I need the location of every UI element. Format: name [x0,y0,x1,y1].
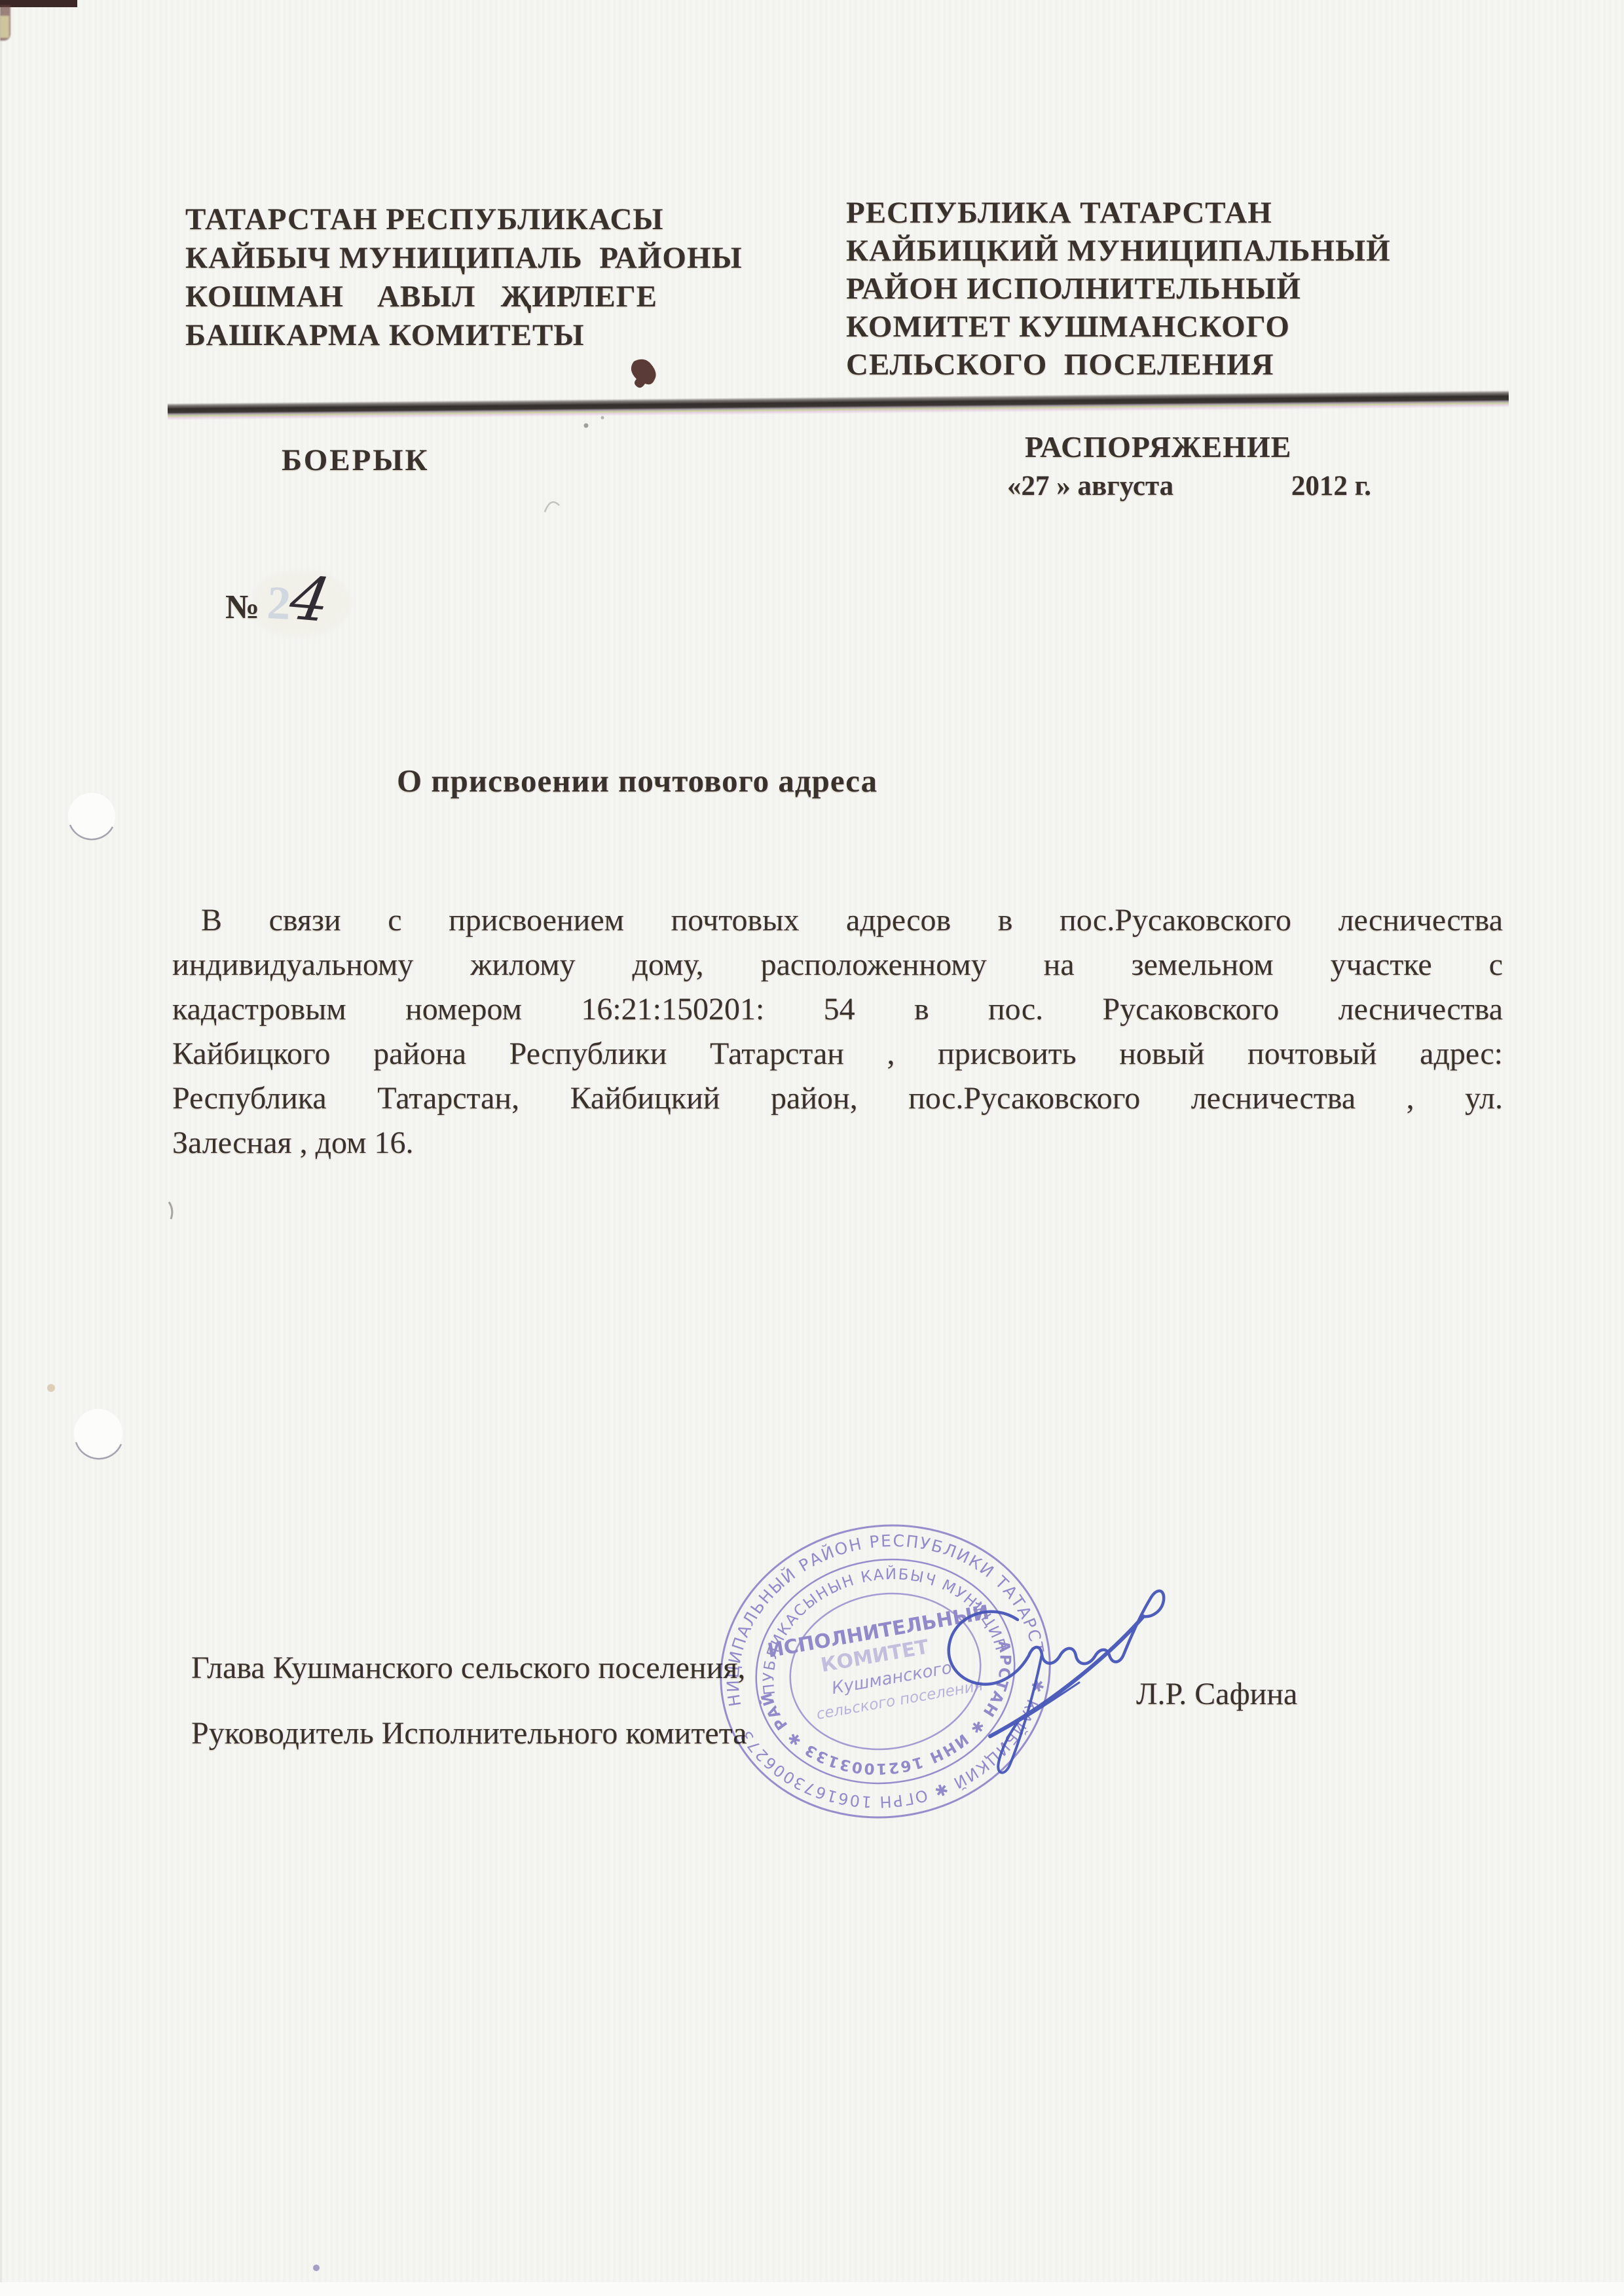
letterhead-russian-line: СЕЛЬСКОГО ПОСЕЛЕНИЯ [846,346,1391,384]
signatory-title-line: Руководитель Исполнительного комитета [191,1701,747,1766]
hole-punch [68,793,115,840]
letterhead-russian: РЕСПУБЛИКА ТАТАРСТАН КАЙБИЦКИЙ МУНИЦИПАЛ… [846,194,1391,384]
body-line: В связи с присвоением почтовых адресов в… [172,898,1503,943]
signatory-titles: Глава Кушманского сельского поселения, Р… [191,1635,747,1766]
letterhead-tatar-line: ТАТАРСТАН РЕСПУБЛИКАСЫ [185,200,743,239]
scan-bottom-edge [0,2282,1624,2296]
letterhead-tatar: ТАТАРСТАН РЕСПУБЛИКАСЫ КАЙБЫЧ МУНИЦИПАЛЬ… [185,200,743,355]
stamp-center-line: КОМИТЕТ [819,1635,931,1677]
letterhead-tatar-line: БАШКАРМА КОМИТЕТЫ [185,316,743,355]
body-line: Республика Татарстан, Кайбицкий район, п… [172,1076,1503,1121]
signatory-title-line: Глава Кушманского сельского поселения, [191,1635,747,1701]
stamp-center-line: ИСПОЛНИТЕЛЬНЫЙ [766,1600,991,1662]
official-stamp: МУНИЦИПАЛЬНЫЙ РАЙОН РЕСПУБЛИКИ ТАТАРСТАН… [697,1500,1073,1844]
pencil-tick [545,502,559,512]
body-line: кадастровым номером 16:21:150201: 54 в п… [172,987,1503,1032]
date-day-month: «27 » августа [1007,470,1173,502]
stamp-center-line: Кушманского [830,1658,953,1699]
date-year: 2012 г. [1291,470,1371,502]
hole-punch [74,1409,122,1459]
stamp-center-line: сельского поселения [815,1677,984,1723]
doc-type-russian: РАСПОРЯЖЕНИЕ [1025,429,1291,464]
body-line: Кайбицкого района Республики Татарстан ,… [172,1032,1503,1076]
body-line: Залесная , дом 16. [172,1121,1503,1165]
stamp-outer-ring-bottom-text: ✱ КАЙБИЦКИЙ ✱ ОГРН 1061673006273 [735,1674,1065,1835]
letterhead-russian-line: КАЙБИЦКИЙ МУНИЦИПАЛЬНЫЙ [846,232,1391,270]
speck [313,2265,320,2271]
pencil-tick [169,1202,172,1219]
svg-text:ТАТАРСТАН ✱ ИНН 1621003133 ✱ Р: ТАТАРСТАН ✱ ИНН 1621003133 ✱ РАЙОНЫ [754,1636,1031,1798]
speck [47,1384,55,1392]
svg-text:МУНИЦИПАЛЬНЫЙ РАЙОН РЕСПУБЛИКИ: МУНИЦИПАЛЬНЫЙ РАЙОН РЕСПУБЛИКИ ТАТАРСТАН [701,1506,1048,1709]
scan-left-edge [0,0,2,2296]
letterhead-russian-line: РАЙОН ИСПОЛНИТЕЛЬНЫЙ [846,270,1391,308]
speck [601,416,604,420]
speck [584,424,589,428]
letterhead-russian-line: КОМИТЕТ КУШМАНСКОГО [846,308,1391,346]
signatory-name: Л.Р. Сафина [1136,1676,1297,1712]
document-page: ТАТАРСТАН РЕСПУБЛИКАСЫ КАЙБЫЧ МУНИЦИПАЛЬ… [0,0,1624,2296]
scan-top-edge-mark [0,0,77,7]
body-line: индивидуальному жилому дому, расположенн… [172,943,1503,987]
document-number-label: № [225,588,259,627]
ink-smudge [631,359,656,388]
svg-text:✱ КАЙБИЦКИЙ ✱ ОГРН 10616730062: ✱ КАЙБИЦКИЙ ✱ ОГРН 1061673006273 [735,1674,1065,1835]
letterhead-russian-line: РЕСПУБЛИКА ТАТАРСТАН [846,194,1391,232]
stamp-outer-ring-top-text: МУНИЦИПАЛЬНЫЙ РАЙОН РЕСПУБЛИКИ ТАТАРСТАН [701,1506,1048,1709]
signature-ink [949,1591,1164,1773]
stamp-inner-ring-top-text: РЕСПУБЛИКАСЫНЫН КАЙБЫЧ МУНИЦИПАЛЬ [743,1546,1010,1698]
date-row: «27 » августа 2012 г. [1007,470,1371,502]
stamp-inner-ring-bottom-text: ТАТАРСТАН ✱ ИНН 1621003133 ✱ РАЙОНЫ [754,1636,1031,1798]
doc-type-tatar: БОЕРЫК [282,443,430,478]
document-body: В связи с присвоением почтовых адресов в… [172,898,1503,1165]
letterhead-tatar-line: КАЙБЫЧ МУНИЦИПАЛЬ РАЙОНЫ [185,239,743,278]
letterhead-divider-rule [168,390,1509,420]
scan-corner-stain-yellow [0,16,9,38]
document-title: О присвоении почтового адреса [397,762,877,799]
letterhead-tatar-line: КОШМАН АВЫЛ ҖИРЛЕГЕ [185,278,743,316]
svg-text:РЕСПУБЛИКАСЫНЫН КАЙБЫЧ МУНИЦИП: РЕСПУБЛИКАСЫНЫН КАЙБЫЧ МУНИЦИПАЛЬ [743,1546,1010,1698]
